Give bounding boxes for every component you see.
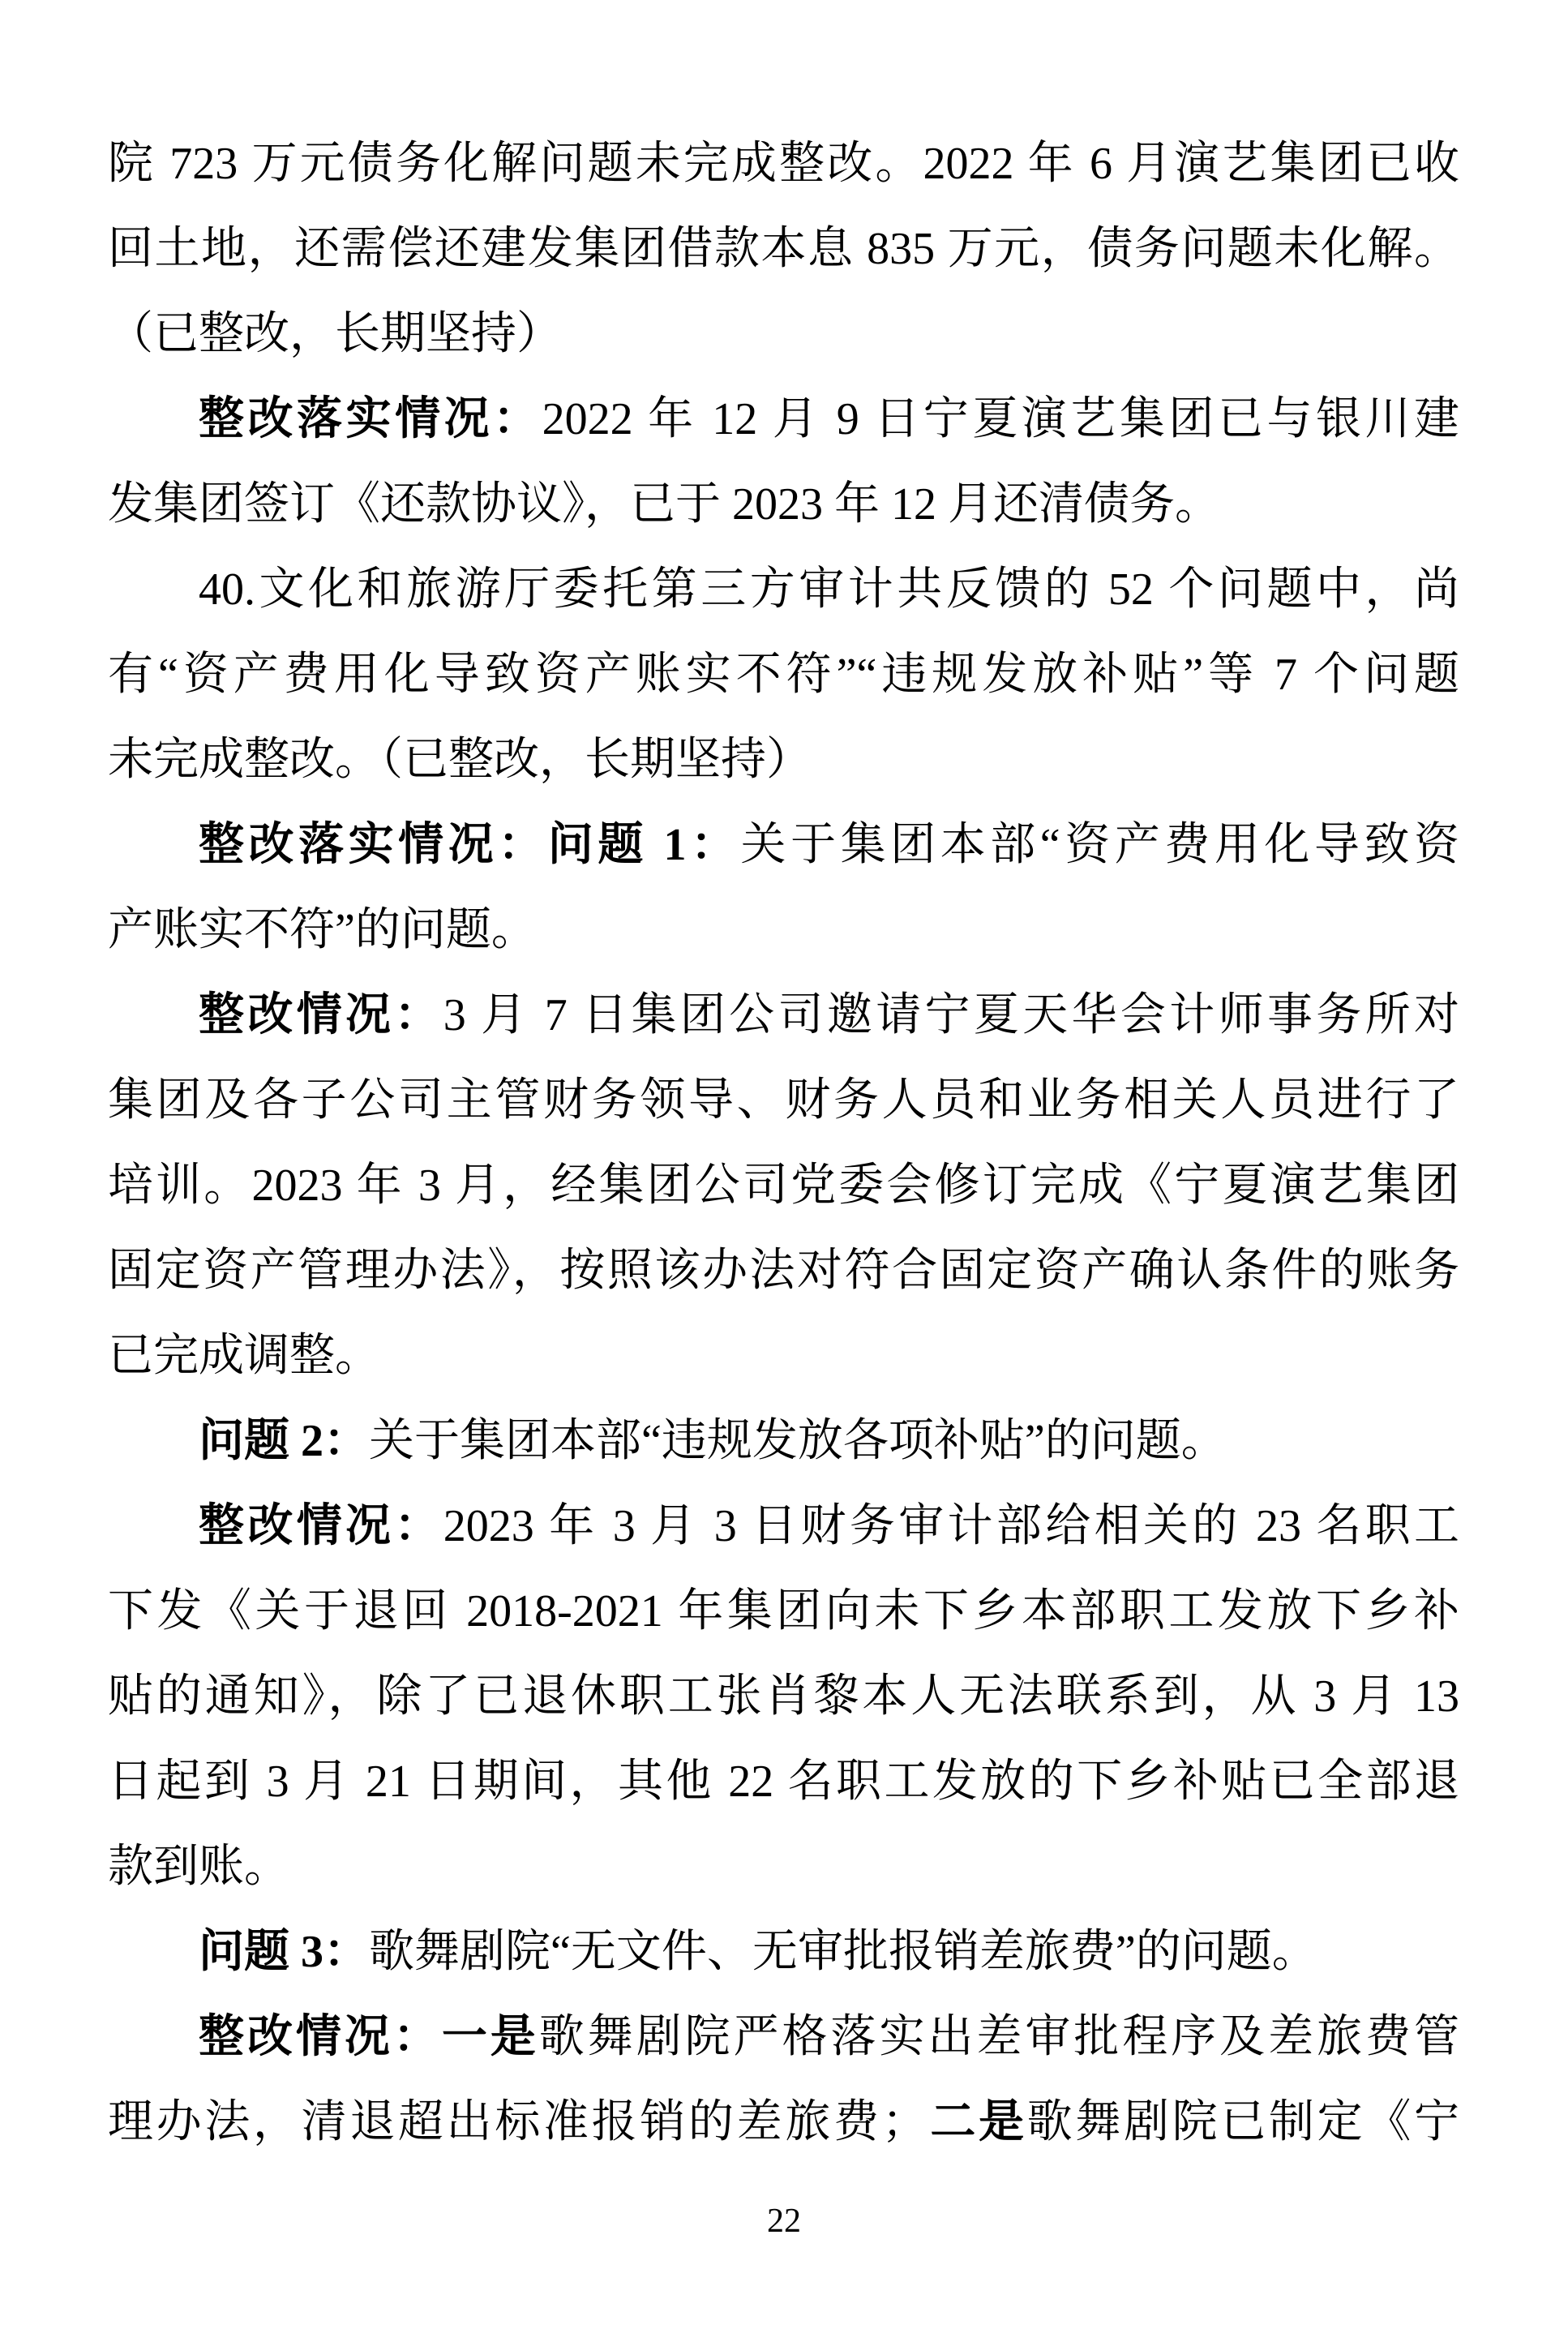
paragraph: 问题 2：关于集团本部“违规发放各项补贴”的问题。 <box>108 1399 1459 1484</box>
bold-text-run: 整改落实情况：问题 1： <box>199 820 741 870</box>
paragraph: 整改情况：3 月 7 日集团公司邀请宁夏天华会计师事务所对集团及各子公司主管财务… <box>108 973 1459 1399</box>
page-number: 22 <box>0 2203 1568 2240</box>
bold-text-run: 整改情况： <box>199 2012 442 2062</box>
paragraph: 整改情况：一是歌舞剧院严格落实出差审批程序及差旅费管理办法，清退超出标准报销的差… <box>108 1995 1459 2165</box>
text-line: 整改情况：2023 年 3 月 3 日财务审计部给相关的 23 名职工 <box>108 1484 1459 1569</box>
paragraph: 整改情况：2023 年 3 月 3 日财务审计部给相关的 23 名职工下发《关于… <box>108 1484 1459 1910</box>
text-run: 日起到 3 月 21 日期间，其他 22 名职工发放的下乡补贴已全部退 <box>108 1756 1459 1807</box>
text-run: 产账实不符”的问题。 <box>108 905 537 955</box>
text-line: （已整改，长期坚持） <box>108 292 1459 377</box>
bold-text-run: 整改落实情况： <box>199 394 542 444</box>
paragraph: 整改落实情况：2022 年 12 月 9 日宁夏演艺集团已与银川建发集团签订《还… <box>108 377 1459 547</box>
text-line: 问题 2：关于集团本部“违规发放各项补贴”的问题。 <box>108 1399 1459 1484</box>
text-line: 发集团签订《还款协议》，已于 2023 年 12 月还清债务。 <box>108 462 1459 547</box>
paragraph: 问题 3：歌舞剧院“无文件、无审批报销差旅费”的问题。 <box>108 1910 1459 1995</box>
text-line: 理办法，清退超出标准报销的差旅费；二是歌舞剧院已制定《宁 <box>108 2080 1459 2165</box>
text-run: 关于集团本部“违规发放各项补贴”的问题。 <box>369 1416 1227 1466</box>
text-line: 款到账。 <box>108 1825 1459 1910</box>
text-line: 整改落实情况：2022 年 12 月 9 日宁夏演艺集团已与银川建 <box>108 377 1459 462</box>
text-line: 日起到 3 月 21 日期间，其他 22 名职工发放的下乡补贴已全部退 <box>108 1739 1459 1825</box>
bold-text-run: 整改情况： <box>199 990 443 1040</box>
paragraph: 整改落实情况：问题 1：关于集团本部“资产费用化导致资产账实不符”的问题。 <box>108 803 1459 973</box>
text-run: 歌舞剧院严格落实出差审批程序及差旅费管 <box>539 2012 1459 2062</box>
text-run: 2023 年 3 月 3 日财务审计部给相关的 23 名职工 <box>443 1501 1459 1551</box>
text-run: 3 月 7 日集团公司邀请宁夏天华会计师事务所对 <box>443 990 1459 1040</box>
text-line: 培训。2023 年 3 月，经集团公司党委会修订完成《宁夏演艺集团 <box>108 1143 1459 1229</box>
text-run: 款到账。 <box>108 1842 289 1892</box>
text-line: 下发《关于退回 2018-2021 年集团向未下乡本部职工发放下乡补 <box>108 1569 1459 1654</box>
text-line: 已完成调整。 <box>108 1314 1459 1399</box>
bold-text-run: 问题 3： <box>199 1927 369 1977</box>
document-page: 院 723 万元债务化解问题未完成整改。2022 年 6 月演艺集团已收回土地，… <box>0 0 1568 2342</box>
text-run: 培训。2023 年 3 月，经集团公司党委会修订完成《宁夏演艺集团 <box>108 1160 1459 1211</box>
text-line: 问题 3：歌舞剧院“无文件、无审批报销差旅费”的问题。 <box>108 1910 1459 1995</box>
text-line: 整改落实情况：问题 1：关于集团本部“资产费用化导致资 <box>108 803 1459 888</box>
text-line: 集团及各子公司主管财务领导、财务人员和业务相关人员进行了 <box>108 1058 1459 1143</box>
text-line: 产账实不符”的问题。 <box>108 888 1459 973</box>
text-run: 有“资产费用化导致资产账实不符”“违规发放补贴”等 7 个问题 <box>108 650 1459 700</box>
text-run: 2022 年 12 月 9 日宁夏演艺集团已与银川建 <box>542 394 1459 444</box>
text-run: 发集团签订《还款协议》，已于 2023 年 12 月还清债务。 <box>108 479 1220 530</box>
text-run: 集团及各子公司主管财务领导、财务人员和业务相关人员进行了 <box>108 1075 1459 1126</box>
text-line: 回土地，还需偿还建发集团借款本息 835 万元，债务问题未化解。 <box>108 207 1459 292</box>
bold-text-run: 二是 <box>928 2097 1027 2147</box>
text-run: 下发《关于退回 2018-2021 年集团向未下乡本部职工发放下乡补 <box>108 1586 1459 1636</box>
text-run: 关于集团本部“资产费用化导致资 <box>741 820 1459 870</box>
text-run: （已整改，长期坚持） <box>108 309 562 359</box>
bold-text-run: 整改情况： <box>199 1501 443 1551</box>
paragraph: 40.文化和旅游厅委托第三方审计共反馈的 52 个问题中，尚有“资产费用化导致资… <box>108 547 1459 803</box>
text-line: 未完成整改。（已整改，长期坚持） <box>108 718 1459 803</box>
bold-text-run: 一是 <box>442 2012 539 2062</box>
text-line: 整改情况：3 月 7 日集团公司邀请宁夏天华会计师事务所对 <box>108 973 1459 1058</box>
text-line: 有“资产费用化导致资产账实不符”“违规发放补贴”等 7 个问题 <box>108 633 1459 718</box>
text-run: 固定资产管理办法》，按照该办法对符合固定资产确认条件的账务 <box>108 1246 1459 1296</box>
text-run: 歌舞剧院已制定《宁 <box>1027 2097 1459 2147</box>
text-run: 未完成整改。（已整改，长期坚持） <box>108 735 812 785</box>
text-line: 整改情况：一是歌舞剧院严格落实出差审批程序及差旅费管 <box>108 1995 1459 2080</box>
text-run: 理办法，清退超出标准报销的差旅费； <box>108 2097 928 2147</box>
text-run: 歌舞剧院“无文件、无审批报销差旅费”的问题。 <box>369 1927 1317 1977</box>
bold-text-run: 问题 2： <box>199 1416 369 1466</box>
paragraph: 院 723 万元债务化解问题未完成整改。2022 年 6 月演艺集团已收回土地，… <box>108 122 1459 377</box>
text-run: 回土地，还需偿还建发集团借款本息 835 万元，债务问题未化解。 <box>108 224 1459 274</box>
text-line: 固定资产管理办法》，按照该办法对符合固定资产确认条件的账务 <box>108 1229 1459 1314</box>
text-run: 40.文化和旅游厅委托第三方审计共反馈的 52 个问题中，尚 <box>199 564 1459 615</box>
text-run: 贴的通知》，除了已退休职工张肖黎本人无法联系到，从 3 月 13 <box>108 1671 1459 1722</box>
text-line: 40.文化和旅游厅委托第三方审计共反馈的 52 个问题中，尚 <box>108 547 1459 633</box>
text-line: 贴的通知》，除了已退休职工张肖黎本人无法联系到，从 3 月 13 <box>108 1654 1459 1739</box>
text-run: 已完成调整。 <box>108 1331 380 1381</box>
text-run: 院 723 万元债务化解问题未完成整改。2022 年 6 月演艺集团已收 <box>108 139 1459 189</box>
text-line: 院 723 万元债务化解问题未完成整改。2022 年 6 月演艺集团已收 <box>108 122 1459 207</box>
document-body: 院 723 万元债务化解问题未完成整改。2022 年 6 月演艺集团已收回土地，… <box>108 122 1459 2165</box>
